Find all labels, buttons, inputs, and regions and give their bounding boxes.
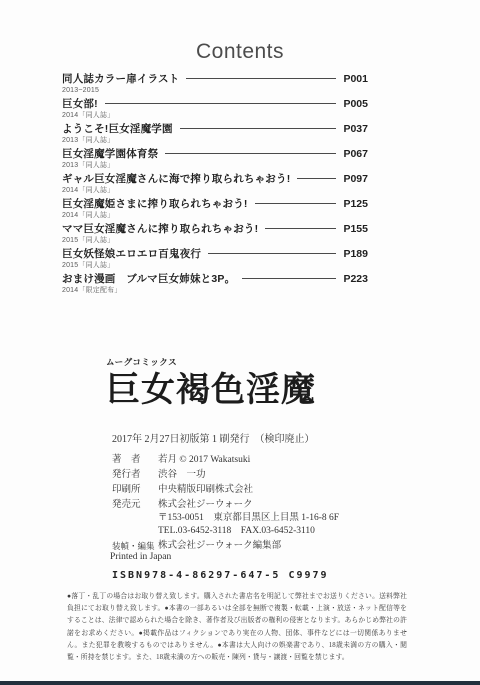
table-of-contents: 同人誌カラー扉イラスト P001 2013~2015 巨女部! P005 201… bbox=[62, 72, 368, 297]
colophon-label: 装幀・編集 bbox=[112, 539, 158, 553]
toc-leader-line bbox=[180, 128, 337, 129]
colophon-value: 中央精版印刷株式会社 bbox=[158, 483, 253, 497]
toc-page-number: P097 bbox=[343, 173, 368, 185]
toc-entry-title: 巨女淫魔学園体育祭 bbox=[62, 146, 158, 161]
colophon-label: 発行者 bbox=[112, 468, 158, 482]
toc-entry: 巨女淫魔学園体育祭 P067 2013「同人誌」 bbox=[62, 147, 368, 172]
distributor-address: 〒153-0051 東京都目黒区上目黒 1-16-8 6F bbox=[158, 512, 339, 525]
toc-page-number: P189 bbox=[343, 248, 368, 260]
toc-entry-title: 巨女部! bbox=[62, 96, 98, 111]
toc-entry-subtitle: 2013「同人誌」 bbox=[62, 162, 368, 170]
toc-entry: 同人誌カラー扉イラスト P001 2013~2015 bbox=[62, 72, 368, 97]
colophon-value: 株式会社ジーウォーク bbox=[158, 498, 339, 512]
toc-leader-line bbox=[255, 203, 337, 204]
toc-page-number: P067 bbox=[343, 148, 368, 160]
toc-entry-subtitle: 2014「同人誌」 bbox=[62, 187, 368, 195]
toc-entry: おまけ漫画 ブルマ巨女姉妹と3P。 P223 2014「限定配布」 bbox=[62, 272, 368, 297]
toc-page-number: P125 bbox=[343, 198, 368, 210]
toc-entry-title: 巨女淫魔姫さまに搾り取られちゃおう! bbox=[62, 196, 248, 211]
toc-page-number: P155 bbox=[343, 223, 368, 235]
imprint-label: ムーグコミックス bbox=[106, 356, 316, 368]
toc-entry-title: 同人誌カラー扉イラスト bbox=[62, 71, 179, 86]
colophon-value: 株式会社ジーウォーク編集部 bbox=[158, 539, 281, 553]
book-contents-page: Contents 同人誌カラー扉イラスト P001 2013~2015 巨女部!… bbox=[0, 0, 480, 685]
colophon-label: 発売元 bbox=[112, 498, 158, 537]
colophon-row-distributor: 発売元 株式会社ジーウォーク 〒153-0051 東京都目黒区上目黒 1-16-… bbox=[112, 498, 339, 537]
toc-entry-title: 巨女妖怪娘エロエロ百鬼夜行 bbox=[62, 246, 201, 261]
toc-entry: ママ巨女淫魔さんに搾り取られちゃおう! P155 2015「同人誌」 bbox=[62, 222, 368, 247]
toc-entry: ようこそ!巨女淫魔学園 P037 2013「同人誌」 bbox=[62, 122, 368, 147]
book-title: 巨女褐色淫魔 bbox=[106, 371, 316, 409]
toc-leader-line bbox=[265, 228, 336, 229]
toc-leader-line bbox=[186, 78, 336, 79]
colophon-row-printer: 印刷所 中央精版印刷株式会社 bbox=[112, 483, 339, 497]
colophon-row-design-editing: 装幀・編集 株式会社ジーウォーク編集部 bbox=[112, 539, 339, 553]
colophon-label: 著 者 bbox=[112, 453, 158, 467]
toc-leader-line bbox=[297, 178, 336, 179]
page-scan-edge bbox=[0, 681, 480, 685]
toc-page-number: P037 bbox=[343, 123, 368, 135]
colophon-value: 若月 © 2017 Wakatsuki bbox=[158, 453, 250, 467]
toc-entry: ギャル巨女淫魔さんに海で搾り取られちゃおう! P097 2014「同人誌」 bbox=[62, 172, 368, 197]
toc-entry-subtitle: 2015「同人誌」 bbox=[62, 262, 368, 270]
edition-line: 2017年 2月27日初版第 1 刷発行 （検印廃止） bbox=[112, 433, 339, 446]
legal-notice: ●落丁・乱丁の場合はお取り替え致します。購入された書店名を明記して弊社までお送り… bbox=[67, 591, 407, 664]
toc-entry-title: おまけ漫画 ブルマ巨女姉妹と3P。 bbox=[62, 271, 235, 286]
page-title: Contents bbox=[196, 40, 284, 63]
toc-entry-subtitle: 2013「同人誌」 bbox=[62, 137, 368, 145]
toc-page-number: P223 bbox=[343, 273, 368, 285]
toc-entry-subtitle: 2013~2015 bbox=[62, 87, 368, 95]
toc-page-number: P005 bbox=[343, 98, 368, 110]
toc-entry-title: ようこそ!巨女淫魔学園 bbox=[62, 121, 173, 136]
colophon-value: 渋谷 一功 bbox=[158, 468, 206, 482]
toc-entry: 巨女妖怪娘エロエロ百鬼夜行 P189 2015「同人誌」 bbox=[62, 247, 368, 272]
colophon-label: 印刷所 bbox=[112, 483, 158, 497]
colophon-value-group: 株式会社ジーウォーク 〒153-0051 東京都目黒区上目黒 1-16-8 6F… bbox=[158, 498, 339, 537]
toc-entry-subtitle: 2014「同人誌」 bbox=[62, 212, 368, 220]
distributor-phone: TEL.03-6452-3118 FAX.03-6452-3110 bbox=[158, 525, 339, 538]
toc-entry: 巨女淫魔姫さまに搾り取られちゃおう! P125 2014「同人誌」 bbox=[62, 197, 368, 222]
contents-header: Contents bbox=[0, 40, 480, 64]
printed-in-japan: Printed in Japan bbox=[110, 552, 171, 562]
toc-leader-line bbox=[242, 278, 336, 279]
colophon-row-author: 著 者 若月 © 2017 Wakatsuki bbox=[112, 453, 339, 467]
toc-entry-subtitle: 2015「同人誌」 bbox=[62, 237, 368, 245]
toc-leader-line bbox=[105, 103, 337, 104]
book-title-block: ムーグコミックス 巨女褐色淫魔 bbox=[106, 356, 316, 409]
toc-leader-line bbox=[165, 153, 336, 154]
toc-entry-subtitle: 2014「限定配布」 bbox=[62, 287, 368, 295]
colophon-row-publisher: 発行者 渋谷 一功 bbox=[112, 468, 339, 482]
toc-entry: 巨女部! P005 2014「同人誌」 bbox=[62, 97, 368, 122]
toc-page-number: P001 bbox=[343, 73, 368, 85]
toc-entry-title: ギャル巨女淫魔さんに海で搾り取られちゃおう! bbox=[62, 171, 290, 186]
isbn-code: ISBN978-4-86297-647-5 C9979 bbox=[112, 570, 329, 581]
colophon: 2017年 2月27日初版第 1 刷発行 （検印廃止） 著 者 若月 © 201… bbox=[112, 433, 339, 554]
toc-entry-title: ママ巨女淫魔さんに搾り取られちゃおう! bbox=[62, 221, 258, 236]
toc-leader-line bbox=[208, 253, 336, 254]
toc-entry-subtitle: 2014「同人誌」 bbox=[62, 112, 368, 120]
